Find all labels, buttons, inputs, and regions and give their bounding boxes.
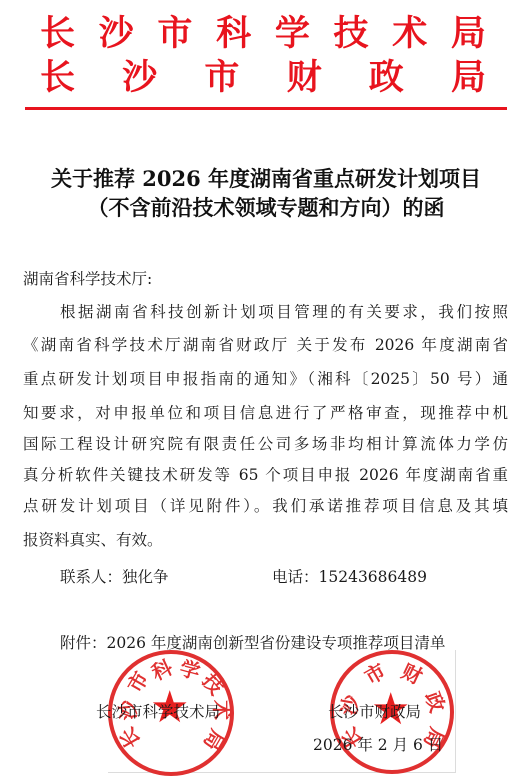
letterhead-char: 长 (40, 14, 75, 54)
letterhead-char: 财 (287, 58, 322, 98)
letterhead-char: 沙 (122, 58, 157, 98)
letterhead-red-rule (25, 107, 507, 110)
paragraph-line: 知要求，对申报单位和项目信息进行了严格审查，现推荐中机 (23, 403, 508, 423)
paragraph-line: 《湖南省科学技术厅湖南省财政厅 关于发布 2026 年度湖南省 (23, 335, 508, 355)
salutation: 湖南省科学技术厅: (23, 269, 152, 289)
contact-phone: 电话：15243686489 (272, 567, 427, 587)
letterhead-char: 局 (451, 14, 486, 54)
letterhead-char: 市 (157, 14, 192, 54)
letterhead-char: 市 (204, 58, 239, 98)
paragraph-line: 国际工程设计研究院有限责任公司多场非均相计算流体力学仿 (23, 434, 508, 454)
paragraph-line: 重点研发计划项目申报指南的通知》（湘科〔2025〕50 号）通 (23, 369, 508, 389)
letterhead-char: 科 (216, 14, 251, 54)
paragraph-line: 真分析软件关键技术研发等 65 个项目申报 2026 年度湖南省重 (23, 465, 508, 485)
letterhead-line-2: 长 沙 市 财 政 局 (40, 58, 486, 98)
signature-date: 2026 年 2 月 6 日 (313, 735, 443, 755)
paragraph-line: 根据湖南省科技创新计划项目管理的有关要求，我们按照 (60, 302, 508, 322)
letterhead-char: 学 (275, 14, 310, 54)
document-title-line-2: （不含前沿技术领域专题和方向）的函 (0, 194, 532, 222)
signature-org-left: 长沙市科学技术局 (96, 702, 220, 722)
letterhead-char: 长 (40, 58, 75, 98)
letterhead-char: 政 (369, 58, 404, 98)
paragraph-line: 点研发计划项目（详见附件）。我们承诺推荐项目信息及其填 (23, 496, 508, 516)
letterhead-char: 沙 (99, 14, 134, 54)
letterhead-char: 术 (392, 14, 427, 54)
document-title-line-1: 关于推荐 2026 年度湖南省重点研发计划项目 (0, 165, 532, 193)
signature-org-right: 长沙市财政局 (328, 702, 421, 722)
letterhead-char: 局 (451, 58, 486, 98)
contact-person: 联系人：独化争 (60, 567, 169, 587)
letterhead-char: 技 (334, 14, 369, 54)
paragraph-line: 报资料真实、有效。 (23, 530, 163, 550)
letterhead-line-1: 长 沙 市 科 学 技 术 局 (40, 14, 486, 54)
